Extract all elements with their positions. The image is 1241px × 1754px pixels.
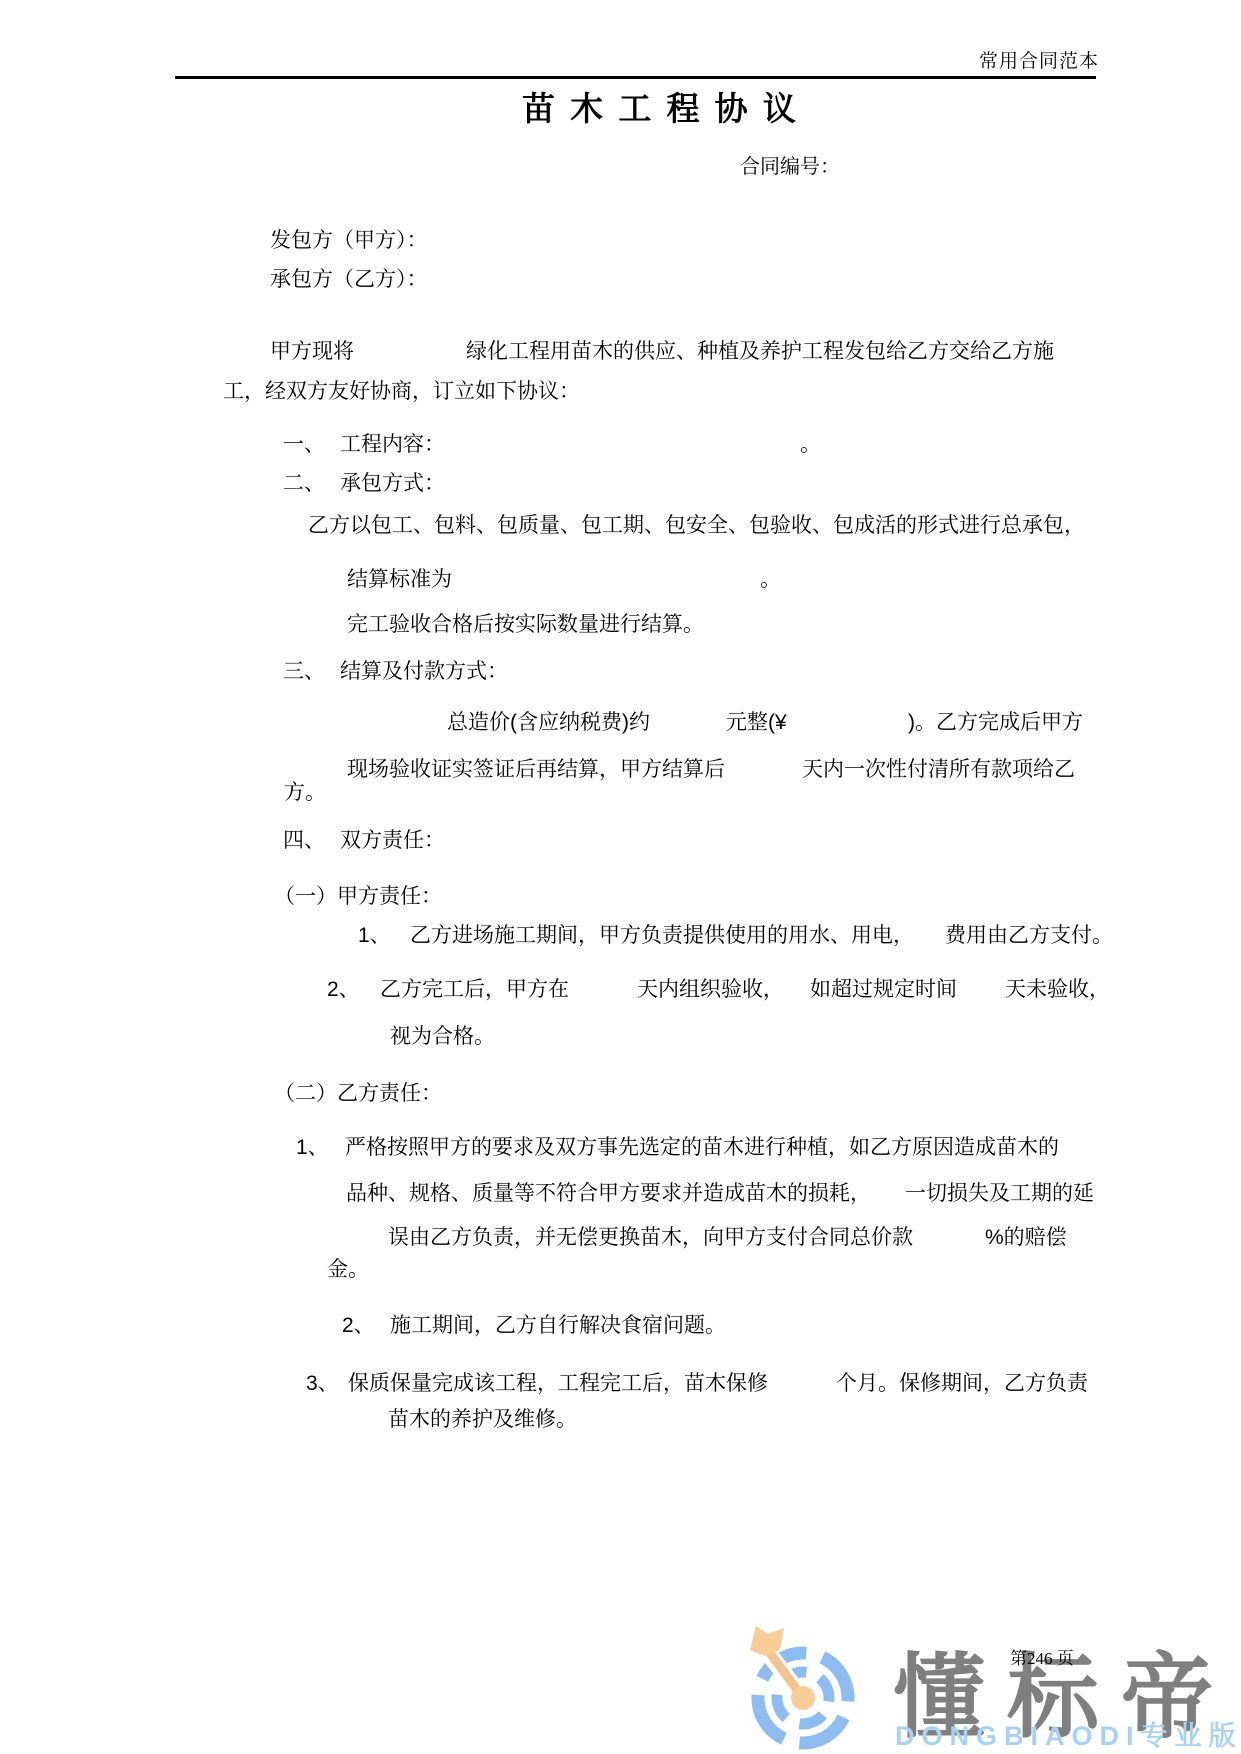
text-segment: 1、	[296, 1133, 329, 1163]
text-segment: 二、	[283, 469, 325, 499]
doc-line: 2、施工期间，乙方自行解决食宿问题。	[0, 1311, 1241, 1341]
text-segment: %的赔偿	[985, 1223, 1067, 1253]
doc-line: 二、承包方式：	[0, 469, 1241, 499]
text-segment: 乙方以包工、包料、包质量、包工期、包安全、包验收、包成活的形式进行总承包，	[308, 511, 1085, 541]
text-segment: 严格按照甲方的要求及双方事先选定的苗木进行种植，如乙方原因造成苗木的	[345, 1133, 1059, 1163]
doc-line: 苗木的养护及维修。	[0, 1405, 1241, 1435]
doc-line: 方。	[0, 778, 1241, 808]
doc-line: 3、保质保量完成该工程，工程完工后，苗木保修个月。保修期间，乙方负责	[0, 1369, 1241, 1399]
text-segment: 工，经双方友好协商，订立如下协议：	[223, 377, 580, 407]
text-segment: 金。	[327, 1255, 369, 1285]
text-segment: 元整(¥	[726, 708, 787, 738]
text-segment: 甲方现将	[270, 337, 354, 367]
text-segment: 施工期间，乙方自行解决食宿问题。	[390, 1311, 726, 1341]
doc-line: 误由乙方负责，并无偿更换苗木，向甲方支付合同总价款%的赔偿	[0, 1223, 1241, 1253]
doc-line: 结算标准为。	[0, 565, 1241, 595]
text-segment: 苗木的养护及维修。	[388, 1405, 577, 1435]
doc-line: 视为合格。	[0, 1022, 1241, 1052]
text-segment: 结算及付款方式：	[340, 657, 508, 687]
page-root: 常用合同范本 苗 木 工 程 协 议 合同编号： 发包方（甲方）： 承包方（乙方…	[0, 0, 1241, 1754]
doc-line: 四、双方责任：	[0, 826, 1241, 856]
text-segment: 误由乙方负责，并无偿更换苗木，向甲方支付合同总价款	[388, 1223, 913, 1253]
doc-line: 总造价(含应纳税费)约元整(¥)。乙方完成后甲方	[0, 708, 1241, 738]
doc-line: 2、乙方完工后，甲方在天内组织验收，如超过规定时间天未验收，	[0, 975, 1241, 1005]
text-segment: 乙方进场施工期间，甲方负责提供使用的用水、用电，	[410, 921, 914, 951]
text-segment: 方。	[284, 778, 326, 808]
doc-line: 工，经双方友好协商，订立如下协议：	[0, 377, 1241, 407]
text-segment: 绿化工程用苗木的供应、种植及养护工程发包给乙方交给乙方施	[466, 337, 1054, 367]
text-segment: 1、	[358, 921, 391, 951]
text-segment: 承包方式：	[340, 469, 445, 499]
text-segment: 一、	[283, 430, 325, 460]
text-segment: 视为合格。	[390, 1022, 495, 1052]
doc-line: （二）乙方责任：	[0, 1079, 1241, 1109]
text-segment: 三、	[283, 657, 325, 687]
text-segment: 。	[760, 565, 781, 595]
doc-line: 一、工程内容：。	[0, 430, 1241, 460]
doc-line: 甲方现将绿化工程用苗木的供应、种植及养护工程发包给乙方交给乙方施	[0, 337, 1241, 367]
text-segment: 2、	[327, 975, 360, 1005]
text-segment: 四、	[283, 826, 325, 856]
doc-line: 乙方以包工、包料、包质量、包工期、包安全、包验收、包成活的形式进行总承包，	[0, 511, 1241, 541]
doc-line: （一）甲方责任：	[0, 882, 1241, 912]
text-segment: 一切损失及工期的延	[905, 1179, 1094, 1209]
text-segment: 3、	[306, 1369, 339, 1399]
doc-line: 1、严格按照甲方的要求及双方事先选定的苗木进行种植，如乙方原因造成苗木的	[0, 1133, 1241, 1163]
text-segment: 保质保量完成该工程，工程完工后，苗木保修	[348, 1369, 768, 1399]
doc-line: 完工验收合格后按实际数量进行结算。	[0, 610, 1241, 640]
text-segment: 个月。保修期间，乙方负责	[836, 1369, 1088, 1399]
text-segment: 费用由乙方支付。	[945, 921, 1113, 951]
text-segment: 。	[800, 430, 821, 460]
page-number: 第246 页	[1010, 1644, 1074, 1669]
text-segment: 天未验收，	[1005, 975, 1110, 1005]
text-segment: （一）甲方责任：	[274, 882, 442, 912]
text-segment: 工程内容：	[340, 430, 445, 460]
text-segment: 结算标准为	[347, 565, 452, 595]
text-segment: 2、	[342, 1311, 375, 1341]
text-segment: （二）乙方责任：	[274, 1079, 442, 1109]
text-segment: 双方责任：	[340, 826, 445, 856]
text-segment: 完工验收合格后按实际数量进行结算。	[347, 610, 704, 640]
text-segment: 天内组织验收，	[637, 975, 784, 1005]
text-segment: 乙方完工后，甲方在	[380, 975, 569, 1005]
text-segment: )。乙方完成后甲方	[908, 708, 1083, 738]
doc-lines: 甲方现将绿化工程用苗木的供应、种植及养护工程发包给乙方交给乙方施工，经双方友好协…	[0, 0, 1241, 1754]
doc-line: 金。	[0, 1255, 1241, 1285]
doc-line: 1、乙方进场施工期间，甲方负责提供使用的用水、用电，费用由乙方支付。	[0, 921, 1241, 951]
text-segment: 如超过规定时间	[810, 975, 957, 1005]
text-segment: 总造价(含应纳税费)约	[447, 708, 650, 738]
text-segment: 品种、规格、质量等不符合甲方要求并造成苗木的损耗，	[346, 1179, 871, 1209]
doc-line: 品种、规格、质量等不符合甲方要求并造成苗木的损耗，一切损失及工期的延	[0, 1179, 1241, 1209]
doc-line: 三、结算及付款方式：	[0, 657, 1241, 687]
